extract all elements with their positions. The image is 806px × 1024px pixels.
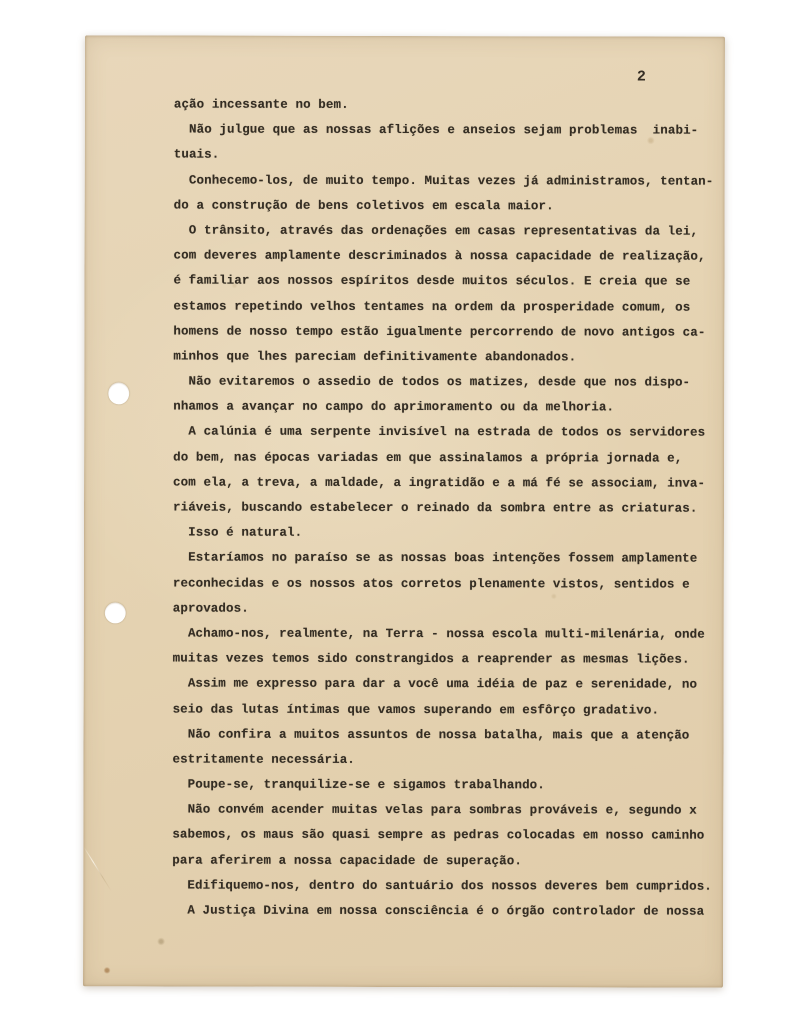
text-line: Poupe-se, tranquilize-se e sigamos traba… (172, 778, 717, 804)
text-line: Não convém acender muitas velas para som… (172, 803, 717, 829)
text-line: para aferirem a nossa capacidade de supe… (172, 853, 717, 879)
text-line: Isso é natural. (173, 526, 718, 552)
text-line: homens de nosso tempo estão igualmente p… (173, 324, 718, 350)
text-line: O trânsito, através das ordenações em ca… (174, 223, 719, 249)
text-line: é familiar aos nossos espíritos desde mu… (173, 274, 718, 300)
text-line: Não confira a muitos assuntos de nossa b… (172, 727, 717, 753)
text-line: Não evitaremos o assedio de todos os mat… (173, 375, 718, 401)
punch-hole-top (108, 382, 129, 404)
text-line: tuais. (174, 148, 719, 174)
text-line: seio das lutas íntimas que vamos superan… (173, 702, 718, 728)
text-line: com deveres amplamente descriminados à n… (173, 249, 718, 275)
text-line: Achamo-nos, realmente, na Terra - nossa … (173, 626, 718, 652)
text-line: ação incessante no bem. (174, 98, 719, 124)
text-line: estritamente necessária. (172, 752, 717, 778)
text-line: Edifiquemo-nos, dentro do santuário dos … (172, 878, 717, 904)
text-line: do a construção de bens coletivos em esc… (174, 198, 719, 224)
scan-background: 2 ação incessante no bem. Não julgue que… (0, 0, 806, 1024)
text-line: minhos que lhes pareciam definitivamente… (173, 349, 718, 375)
text-line: Conhecemo-los, de muito tempo. Muitas ve… (174, 173, 719, 199)
typewritten-page: 2 ação incessante no bem. Não julgue que… (83, 35, 725, 987)
text-line: Assim me expresso para dar a você uma id… (173, 677, 718, 703)
text-line: A Justiça Divina em nossa consciência é … (172, 904, 717, 930)
text-line: do bem, nas épocas variadas em que assin… (173, 450, 718, 476)
punch-hole-bottom (105, 602, 126, 623)
text-line: reconhecidas e os nossos atos corretos p… (173, 576, 718, 602)
page-number: 2 (637, 68, 646, 85)
text-line: nhamos a avançar no campo do aprimoramen… (173, 400, 718, 426)
text-line: Não julgue que as nossas aflições e anse… (174, 123, 719, 149)
text-line: muitas vezes temos sido constrangidos a … (173, 652, 718, 678)
text-line: aprovados. (173, 601, 718, 627)
document-text: ação incessante no bem. Não julgue que a… (172, 98, 719, 930)
text-line: Estaríamos no paraíso se as nossas boas … (173, 551, 718, 577)
text-line: riáveis, buscando estabelecer o reinado … (173, 501, 718, 527)
text-line: estamos repetindo velhos tentames na ord… (173, 299, 718, 325)
scratch-mark (84, 847, 112, 892)
text-line: com ela, a treva, a maldade, a ingratidã… (173, 475, 718, 501)
text-line: A calúnia é uma serpente invisível na es… (173, 425, 718, 451)
text-line: sabemos, os maus são quasi sempre as ped… (172, 828, 717, 854)
